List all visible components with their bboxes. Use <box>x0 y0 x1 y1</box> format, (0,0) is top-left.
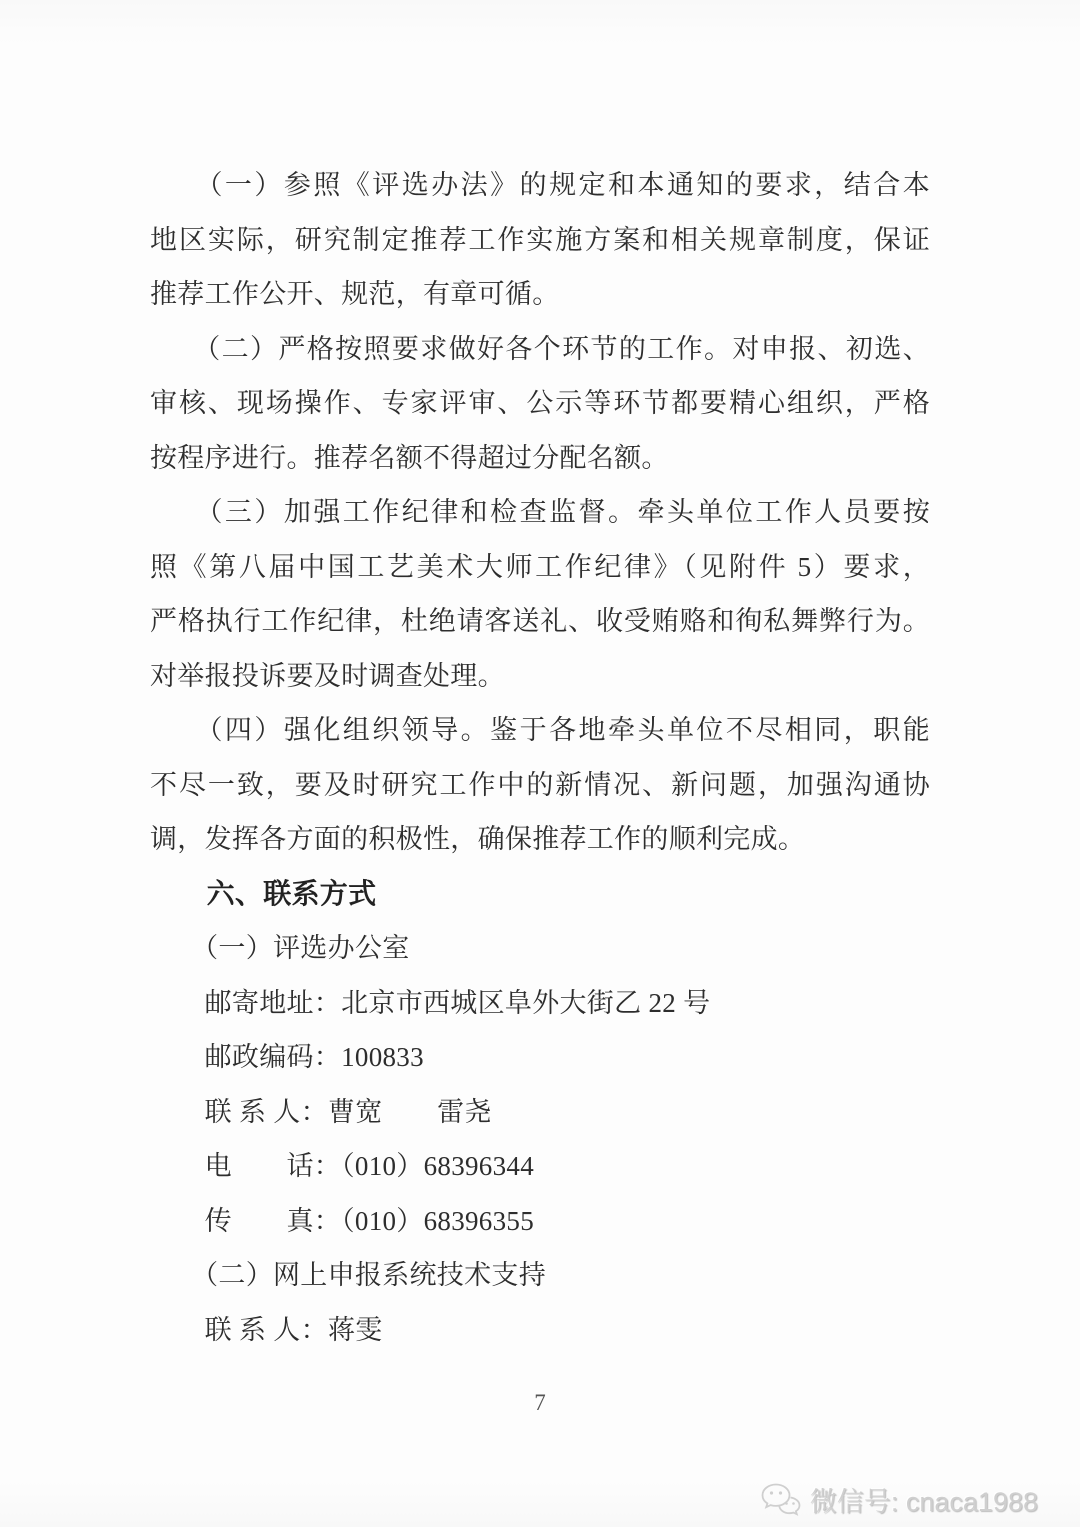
section-heading: 六、联系方式 <box>150 867 930 922</box>
document-line: 照《第八届中国工艺美术大师工作纪律》（见附件 5）要求， <box>150 540 930 595</box>
document-line: 不尽一致，要及时研究工作中的新情况、新问题，加强沟通协 <box>150 758 930 813</box>
document-line: 联 系 人：蒋雯 <box>150 1303 930 1358</box>
document-line: 审核、现场操作、专家评审、公示等环节都要精心组织，严格 <box>150 376 930 431</box>
document-line: 传 真：（010）68396355 <box>150 1194 930 1249</box>
document-line: 严格执行工作纪律，杜绝请客送礼、收受贿赂和徇私舞弊行为。 <box>150 594 930 649</box>
document-line: （三）加强工作纪律和检查监督。牵头单位工作人员要按 <box>150 485 930 540</box>
document-line: 邮寄地址：北京市西城区阜外大街乙 22 号 <box>150 976 930 1031</box>
document-line: 对举报投诉要及时调查处理。 <box>150 649 930 704</box>
document-body: （一）参照《评选办法》的规定和本通知的要求，结合本地区实际，研究制定推荐工作实施… <box>150 158 930 1357</box>
document-line: 邮政编码：100833 <box>150 1030 930 1085</box>
document-line: 推荐工作公开、规范，有章可循。 <box>150 267 930 322</box>
document-page: （一）参照《评选办法》的规定和本通知的要求，结合本地区实际，研究制定推荐工作实施… <box>0 0 1080 1527</box>
document-line: （四）强化组织领导。鉴于各地牵头单位不尽相同，职能 <box>150 703 930 758</box>
wechat-account-label: 微信号: cnaca1988 <box>810 1480 1038 1519</box>
document-line: 电 话：（010）68396344 <box>150 1139 930 1194</box>
page-number: 7 <box>0 1390 1080 1416</box>
document-line: （二）网上申报系统技术支持 <box>150 1248 930 1303</box>
document-line: （一）评选办公室 <box>150 921 930 976</box>
document-line: （一）参照《评选办法》的规定和本通知的要求，结合本 <box>150 158 930 213</box>
wechat-watermark: 微信号: cnaca1988 <box>760 1480 1038 1519</box>
document-line: 按程序进行。推荐名额不得超过分配名额。 <box>150 431 930 486</box>
document-line: 调，发挥各方面的积极性，确保推荐工作的顺利完成。 <box>150 812 930 867</box>
document-line: 联 系 人：曹宽 雷尧 <box>150 1085 930 1140</box>
document-line: （二）严格按照要求做好各个环节的工作。对申报、初选、 <box>150 322 930 377</box>
document-line: 地区实际，研究制定推荐工作实施方案和相关规章制度，保证 <box>150 213 930 268</box>
wechat-icon <box>760 1482 802 1518</box>
